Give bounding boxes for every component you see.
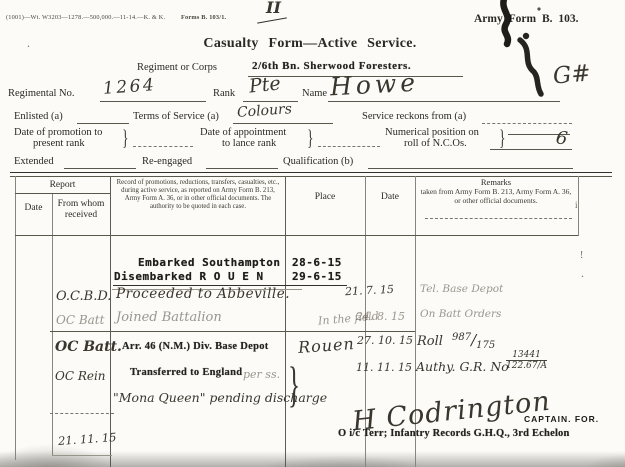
fromwhom-ocbd: O.C.B.D. <box>56 289 111 304</box>
header-from-whom: From whom received <box>52 199 110 221</box>
name-label: Name <box>302 88 327 99</box>
table-divider-record-place <box>285 176 286 467</box>
row-separator-1 <box>50 331 415 332</box>
records-office-stamp: O i/c Terr; Infantry Records G.H.Q., 3rd… <box>338 428 570 439</box>
promotion-fill-line <box>133 146 193 147</box>
section-double-rule-top <box>10 172 612 173</box>
handwritten-sheet-numeral: II <box>266 0 281 17</box>
promotion-label-line1: Date of promotion to <box>14 127 102 138</box>
header-report: Report <box>15 180 110 190</box>
terms-fill-line <box>233 123 333 124</box>
date-joined: 24. 8. 15 <box>356 310 405 323</box>
regimental-no-value: 1264 <box>102 75 157 99</box>
extended-label: Extended <box>14 156 54 167</box>
remarks-arrived-fraction: 987/175 <box>452 330 495 351</box>
header-date: Date <box>15 203 52 213</box>
forms-reference: Forms B. 103/1. <box>181 14 226 21</box>
fraction-numerator: 987 <box>452 332 471 343</box>
form-title: Casualty Form—Active Service. <box>150 36 470 52</box>
place-arrived: Rouen <box>297 334 355 357</box>
scan-mark-bang: ! <box>580 250 583 261</box>
remarks-arrived-label: Roll <box>417 334 443 349</box>
fromwhom-oc-batt-2: OC Batt. <box>55 339 122 355</box>
record-disembarked: Disembarked R O U E N <box>114 270 264 283</box>
enlisted-label: Enlisted (a) <box>14 111 63 122</box>
service-reckons-label: Service reckons from (a) <box>362 111 466 122</box>
appointment-brace: } <box>307 127 313 149</box>
header-place: Place <box>285 192 365 202</box>
reengaged-fill-line <box>206 168 278 169</box>
numerical-brace: } <box>499 127 505 149</box>
sheet-numeral-underline <box>257 17 287 23</box>
record-transferred-stamp: Transferred to England <box>130 367 242 378</box>
rank-value: Pte <box>248 72 282 97</box>
fromwhom-oc-batt-1: OC Batt <box>56 313 104 327</box>
name-fill-line <box>328 101 560 102</box>
fraction-numerator: 13441 <box>506 350 547 361</box>
table-border-right <box>578 176 579 236</box>
name-value: Howe <box>329 68 419 102</box>
date-transferred: 11. 11. 15 <box>356 361 412 374</box>
record-proceeded: Proceeded to Abbeville. <box>116 286 290 302</box>
terms-label: Terms of Service (a) <box>133 111 219 122</box>
header-record: Record of promotions, reductions, transf… <box>114 179 282 211</box>
record-embarked-date: 28-6-15 <box>292 256 342 269</box>
record-disembarked-date: 29-6-15 <box>292 270 342 283</box>
service-reckons-fill-line <box>482 123 572 124</box>
rank-label: Rank <box>213 88 235 99</box>
header-remarks-sub: taken from Army Form B. 213, Army Form A… <box>420 187 572 205</box>
regimental-no-label: Regimental No. <box>8 88 75 99</box>
date-arrived: 27. 10. 15 <box>357 334 413 347</box>
signature-rank-stamp: CAPTAIN. FOR. <box>524 414 599 424</box>
row-separator-2 <box>50 413 114 414</box>
table-divider-date-fromwhom <box>52 193 53 455</box>
remarks-joined: On Batt Orders <box>420 308 501 320</box>
header-report-underline <box>15 193 110 194</box>
regimental-no-fill-line <box>100 101 206 102</box>
table-divider-fromwhom-record <box>110 176 111 467</box>
record-arrived-stamp: Arr. 46 (N.M.) Div. Base Depot <box>122 341 269 352</box>
remarks-transferred-label: Authy. G.R. No <box>416 359 509 374</box>
header-remarks-underline <box>425 218 572 219</box>
fraction-denominator: 122.67/A <box>506 361 547 371</box>
scan-mark-dot: . <box>581 266 584 281</box>
fromwhom-oc-rein: OC Rein <box>55 369 106 383</box>
appointment-label-line1: Date of appointment <box>200 127 286 138</box>
terms-value: Colours <box>237 101 293 121</box>
numerical-fill-line-2 <box>490 149 572 150</box>
date-proceeded: 21. 7. 15 <box>345 283 395 299</box>
numerical-label-line1: Numerical position on <box>385 127 479 138</box>
appointment-fill-line <box>318 146 380 147</box>
casualty-form-scan: (1001)—Wt. W3203—1278.—500,000.—11-14.—K… <box>0 0 625 467</box>
remarks-proceeded: Tel. Base Depot <box>420 283 503 295</box>
header-bottom-rule <box>15 235 578 236</box>
header-remarks-title: Remarks <box>420 177 572 187</box>
numerical-label-line2: roll of N.C.Os. <box>404 138 467 149</box>
extended-fill-line <box>64 168 136 169</box>
name-flourish: G# <box>552 60 592 89</box>
row-separator-3 <box>52 455 112 456</box>
reengaged-label: Re-engaged <box>142 156 192 167</box>
table-border-left <box>15 176 16 460</box>
record-brace: } <box>288 360 300 408</box>
printer-imprint: (1001)—Wt. W3203—1278.—500,000.—11-14.—K… <box>6 14 165 21</box>
record-transferred-hand: per ss. <box>243 368 280 381</box>
qualification-label: Qualification (b) <box>283 156 353 167</box>
scan-mark-i: i <box>575 200 578 210</box>
numerical-value: 6 <box>555 127 569 149</box>
record-joined: Joined Battalion <box>116 310 222 325</box>
promotion-label-line2: present rank <box>33 138 85 149</box>
header-date-2: Date <box>365 192 415 202</box>
enlisted-fill-line <box>77 123 129 124</box>
fraction-denominator: 175 <box>476 340 495 351</box>
date-received-bottom: 21. 11. 15 <box>58 430 117 448</box>
qualification-fill-line <box>368 168 573 169</box>
scan-speck: . <box>27 36 30 51</box>
record-embarked: Embarked Southampton <box>138 256 280 269</box>
appointment-label-line2: to lance rank <box>222 138 276 149</box>
remarks-transferred-fraction: 13441 122.67/A <box>506 350 547 371</box>
promotion-brace: } <box>122 127 128 149</box>
regiment-label: Regiment or Corps <box>137 62 217 73</box>
